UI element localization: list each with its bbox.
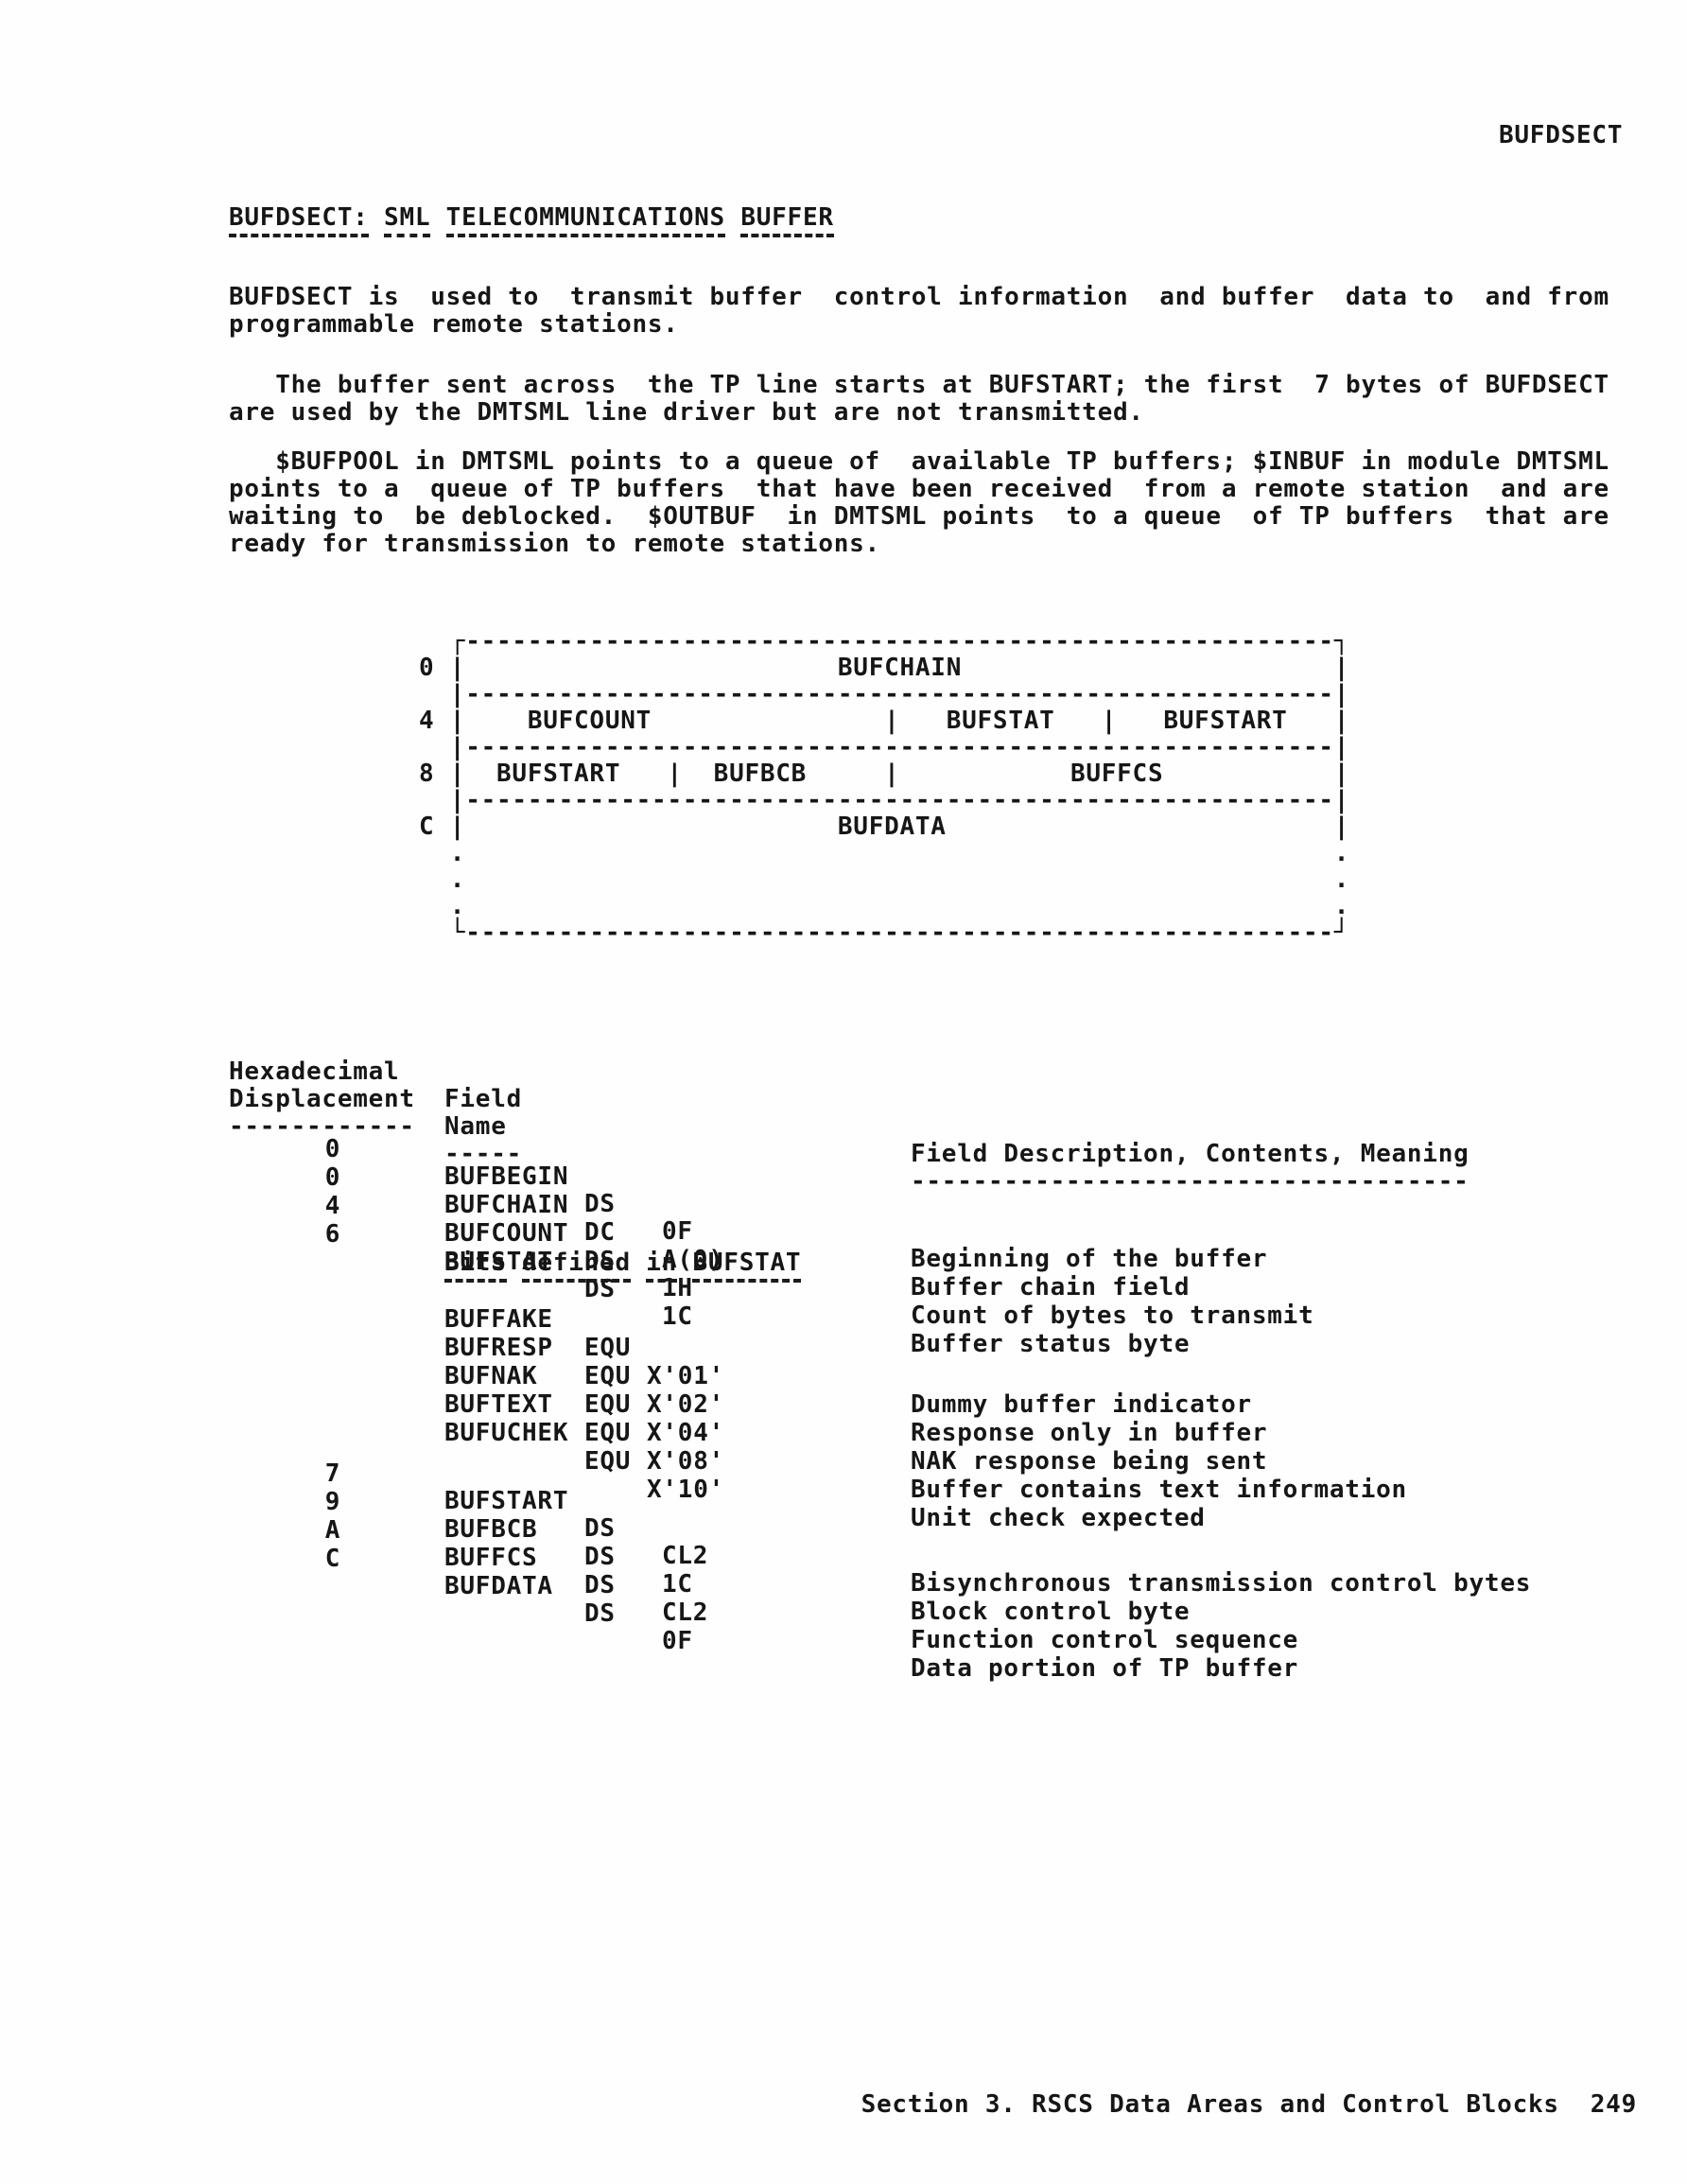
cell-displacement: 6 — [229, 1221, 437, 1249]
footer-page-number: 249 — [1591, 2090, 1637, 2119]
table-row: C BUFDATA DS 0F Data portion of TP buffe… — [229, 1518, 1619, 1546]
table-row: 0 BUFCHAIN DC A(0) Buffer chain field — [229, 1137, 1619, 1165]
cell-field-name: BUFDATA — [444, 1573, 553, 1600]
page-title: BUFDSECT: SML TELECOMMUNICATIONS BUFFER — [229, 203, 834, 232]
table-row: 0 BUFBEGIN DS 0F Beginning of the buffer — [229, 1109, 1619, 1137]
table-row: 6 BUFSTAT DS 1C Buffer status byte — [229, 1194, 1619, 1222]
paragraph-bufstart: The buffer sent across the TP line start… — [229, 372, 1609, 427]
paragraph-intro: BUFDSECT is used to transmit buffer cont… — [229, 284, 1609, 339]
cell-displacement: C — [229, 1546, 437, 1573]
table-row: 9 BUFBCB DS 1C Block control byte — [229, 1461, 1619, 1490]
bufstat-bits-section: Bits defined in BUFSTAT BUFFAKE EQU X'01… — [229, 1249, 1619, 1419]
cell-description: Bisynchronous transmission control bytes — [911, 1570, 1531, 1598]
table-header-line1: Hexadecimal Field — [229, 1031, 1619, 1058]
field-table-header: Hexadecimal Field Displacement Name Fiel… — [229, 1031, 1619, 1113]
cell-operand: CL2 — [662, 1599, 708, 1627]
cell-opcode: DS — [584, 1600, 616, 1628]
bit-row: BUFFAKE EQU X'01' Dummy buffer indicator — [229, 1277, 1619, 1305]
cell-opcode: DS — [584, 1544, 616, 1571]
table-header-line2: Displacement Name Field Description, Con… — [229, 1058, 1619, 1086]
bit-row: BUFNAK EQU X'04' NAK response being sent — [229, 1334, 1619, 1362]
cell-field-name: BUFCOUNT — [444, 1220, 568, 1248]
title-word: TELECOMMUNICATIONS — [446, 203, 725, 237]
running-header: BUFDSECT — [1499, 121, 1623, 149]
cell-description: Data portion of TP buffer — [911, 1655, 1298, 1683]
bit-row: BUFUCHEK EQU X'10' Unit check expected — [229, 1390, 1619, 1419]
footer-section-title: Section 3. RSCS Data Areas and Control B… — [861, 2090, 1559, 2119]
cell-opcode: DC — [584, 1219, 616, 1247]
field-table-rows-top: 0 BUFBEGIN DS 0F Beginning of the buffer… — [229, 1109, 1619, 1222]
title-word: BUFFER — [740, 203, 833, 237]
field-table-rows-bottom: 7 BUFSTART DS CL2 Bisynchronous transmis… — [229, 1433, 1619, 1546]
cell-operand: CL2 — [662, 1543, 708, 1570]
table-row: 4 BUFCOUNT DS 1H Count of bytes to trans… — [229, 1165, 1619, 1194]
bit-row: BUFTEXT EQU X'08' Buffer contains text i… — [229, 1362, 1619, 1390]
table-row: 7 BUFSTART DS CL2 Bisynchronous transmis… — [229, 1433, 1619, 1461]
title-word: SML — [384, 203, 430, 237]
paragraph-bufpool: $BUFPOOL in DMTSML points to a queue of … — [229, 448, 1609, 558]
cell-operand: 0F — [662, 1218, 693, 1246]
manual-page: BUFDSECT BUFDSECT: SML TELECOMMUNICATION… — [0, 0, 1687, 2184]
cell-operand: 1C — [662, 1571, 693, 1599]
cell-operand: 0F — [662, 1628, 693, 1655]
cell-opcode: DS — [584, 1572, 616, 1599]
bits-heading: Bits defined in BUFSTAT — [229, 1249, 1619, 1277]
title-word: BUFDSECT: — [229, 203, 369, 237]
page-footer: Section 3. RSCS Data Areas and Control B… — [799, 2064, 1637, 2146]
cell-description: Block control byte — [911, 1599, 1190, 1626]
table-row: A BUFFCS DS CL2 Function control sequenc… — [229, 1490, 1619, 1518]
cell-description: Function control sequence — [911, 1627, 1298, 1654]
storage-layout-diagram: ┌---------------------------------------… — [419, 628, 1349, 946]
cell-field-name: BUFFCS — [444, 1545, 537, 1572]
bit-row: BUFRESP EQU X'02' Response only in buffe… — [229, 1305, 1619, 1334]
